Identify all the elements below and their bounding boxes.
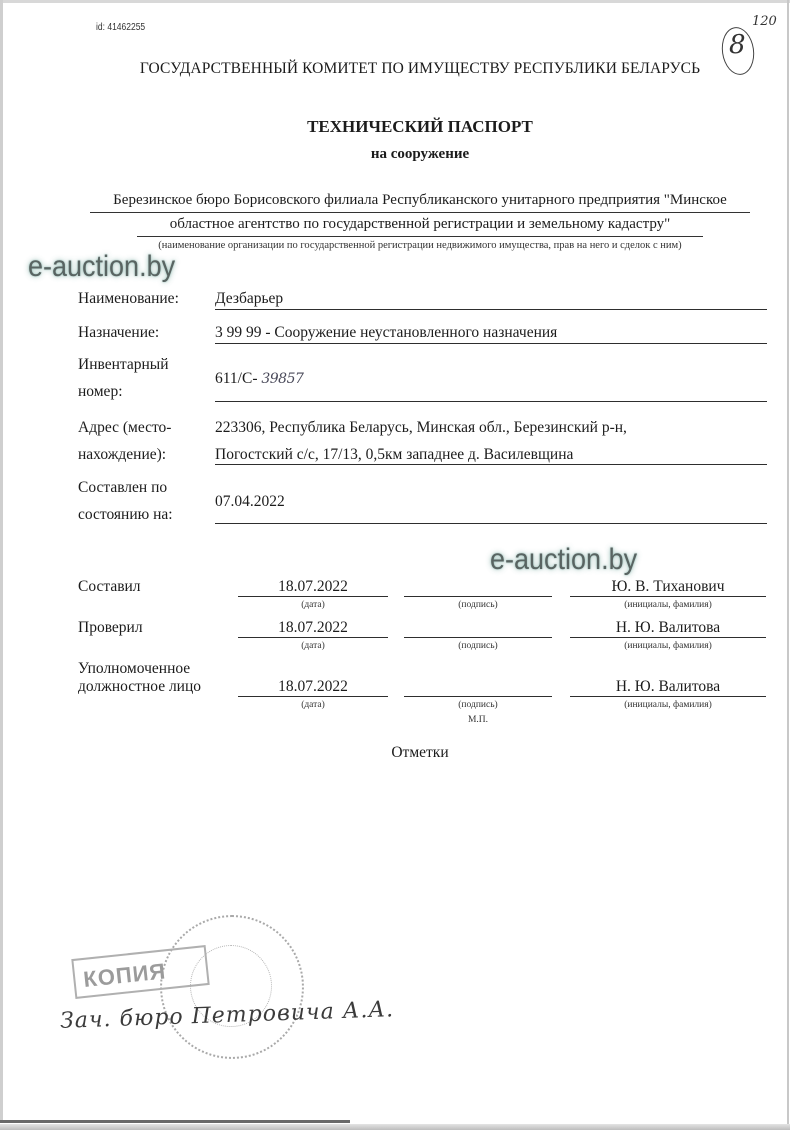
- checked-by-signature-line: [404, 637, 552, 638]
- marks-heading: Отметки: [0, 744, 790, 762]
- purpose-value: 3 99 99 - Сооружение неустановленного на…: [215, 324, 557, 342]
- page-edge-bottom: [0, 1124, 790, 1130]
- inventory-label-line1: Инвентарный: [78, 356, 169, 374]
- inventory-value: 611/С- 39857: [215, 370, 303, 388]
- checked-by-name-line: [570, 637, 766, 638]
- circled-number: 8: [729, 30, 746, 60]
- compiled-by-date-line: [238, 596, 388, 597]
- checked-by-date-line: [238, 637, 388, 638]
- checked-by-date: 18.07.2022: [238, 619, 388, 637]
- as-of-underline: [215, 523, 767, 524]
- committee-heading: ГОСУДАРСТВЕННЫЙ КОМИТЕТ ПО ИМУЩЕСТВУ РЕС…: [0, 60, 790, 78]
- name-caption: (инициалы, фамилия): [570, 641, 766, 651]
- page-edge-left: [0, 0, 3, 1120]
- date-caption: (дата): [238, 600, 388, 610]
- seal-place-caption: М.П.: [404, 715, 552, 725]
- checked-by-label: Проверил: [78, 619, 143, 637]
- address-value-line2: Погостский с/с, 17/13, 0,5км западнее д.…: [215, 446, 573, 464]
- page-edge-top: [0, 0, 790, 3]
- document-subtitle: на сооружение: [0, 146, 790, 163]
- authorized-official-date: 18.07.2022: [238, 678, 388, 696]
- sheet-number: 120: [752, 14, 777, 29]
- as-of-value: 07.04.2022: [215, 493, 285, 511]
- organization-underline-2: [137, 236, 703, 237]
- inventory-prefix: 611/С-: [215, 370, 257, 387]
- organization-hint: (наименование организации по государстве…: [90, 240, 750, 251]
- watermark: e-auction.by: [490, 543, 637, 577]
- organization-line-1: Березинское бюро Борисовского филиала Ре…: [90, 192, 750, 209]
- signature-caption: (подпись): [404, 700, 552, 710]
- signature-caption: (подпись): [404, 600, 552, 610]
- authorized-official-name: Н. Ю. Валитова: [570, 678, 766, 696]
- authorized-official-label-line1: Уполномоченное: [78, 660, 190, 678]
- name-value: Дезбарьер: [215, 290, 283, 308]
- organization-underline-1: [90, 212, 750, 213]
- name-caption: (инициалы, фамилия): [570, 600, 766, 610]
- document-id: id: 41462255: [96, 22, 145, 33]
- inventory-underline: [215, 401, 767, 402]
- compiled-by-label: Составил: [78, 578, 141, 596]
- inventory-label-line2: номер:: [78, 383, 123, 401]
- compiled-by-name: Ю. В. Тиханович: [570, 578, 766, 596]
- address-label-line1: Адрес (место-: [78, 419, 171, 437]
- authorized-official-name-line: [570, 696, 766, 697]
- compiled-by-signature-line: [404, 596, 552, 597]
- name-underline: [215, 309, 767, 310]
- authorized-official-signature-line: [404, 696, 552, 697]
- date-caption: (дата): [238, 641, 388, 651]
- address-label-line2: нахождение):: [78, 446, 166, 464]
- address-underline: [215, 464, 767, 465]
- purpose-underline: [215, 343, 767, 344]
- as-of-label-line1: Составлен по: [78, 479, 167, 497]
- name-label: Наименование:: [78, 290, 179, 308]
- purpose-label: Назначение:: [78, 324, 159, 342]
- date-caption: (дата): [238, 700, 388, 710]
- authorized-official-label-line2: должностное лицо: [78, 678, 201, 696]
- document-title: ТЕХНИЧЕСКИЙ ПАСПОРТ: [0, 117, 790, 137]
- compiled-by-date: 18.07.2022: [238, 578, 388, 596]
- checked-by-name: Н. Ю. Валитова: [570, 619, 766, 637]
- page-edge-right: [787, 0, 789, 1125]
- name-caption: (инициалы, фамилия): [570, 700, 766, 710]
- as-of-label-line2: состоянию на:: [78, 506, 173, 524]
- watermark: e-auction.by: [28, 250, 175, 284]
- inventory-handwritten-number: 39857: [261, 371, 303, 387]
- organization-line-2: областное агентство по государственной р…: [90, 216, 750, 233]
- signature-caption: (подпись): [404, 641, 552, 651]
- address-value-line1: 223306, Республика Беларусь, Минская обл…: [215, 419, 627, 437]
- compiled-by-name-line: [570, 596, 766, 597]
- authorized-official-date-line: [238, 696, 388, 697]
- scan-shadow: [0, 1120, 350, 1123]
